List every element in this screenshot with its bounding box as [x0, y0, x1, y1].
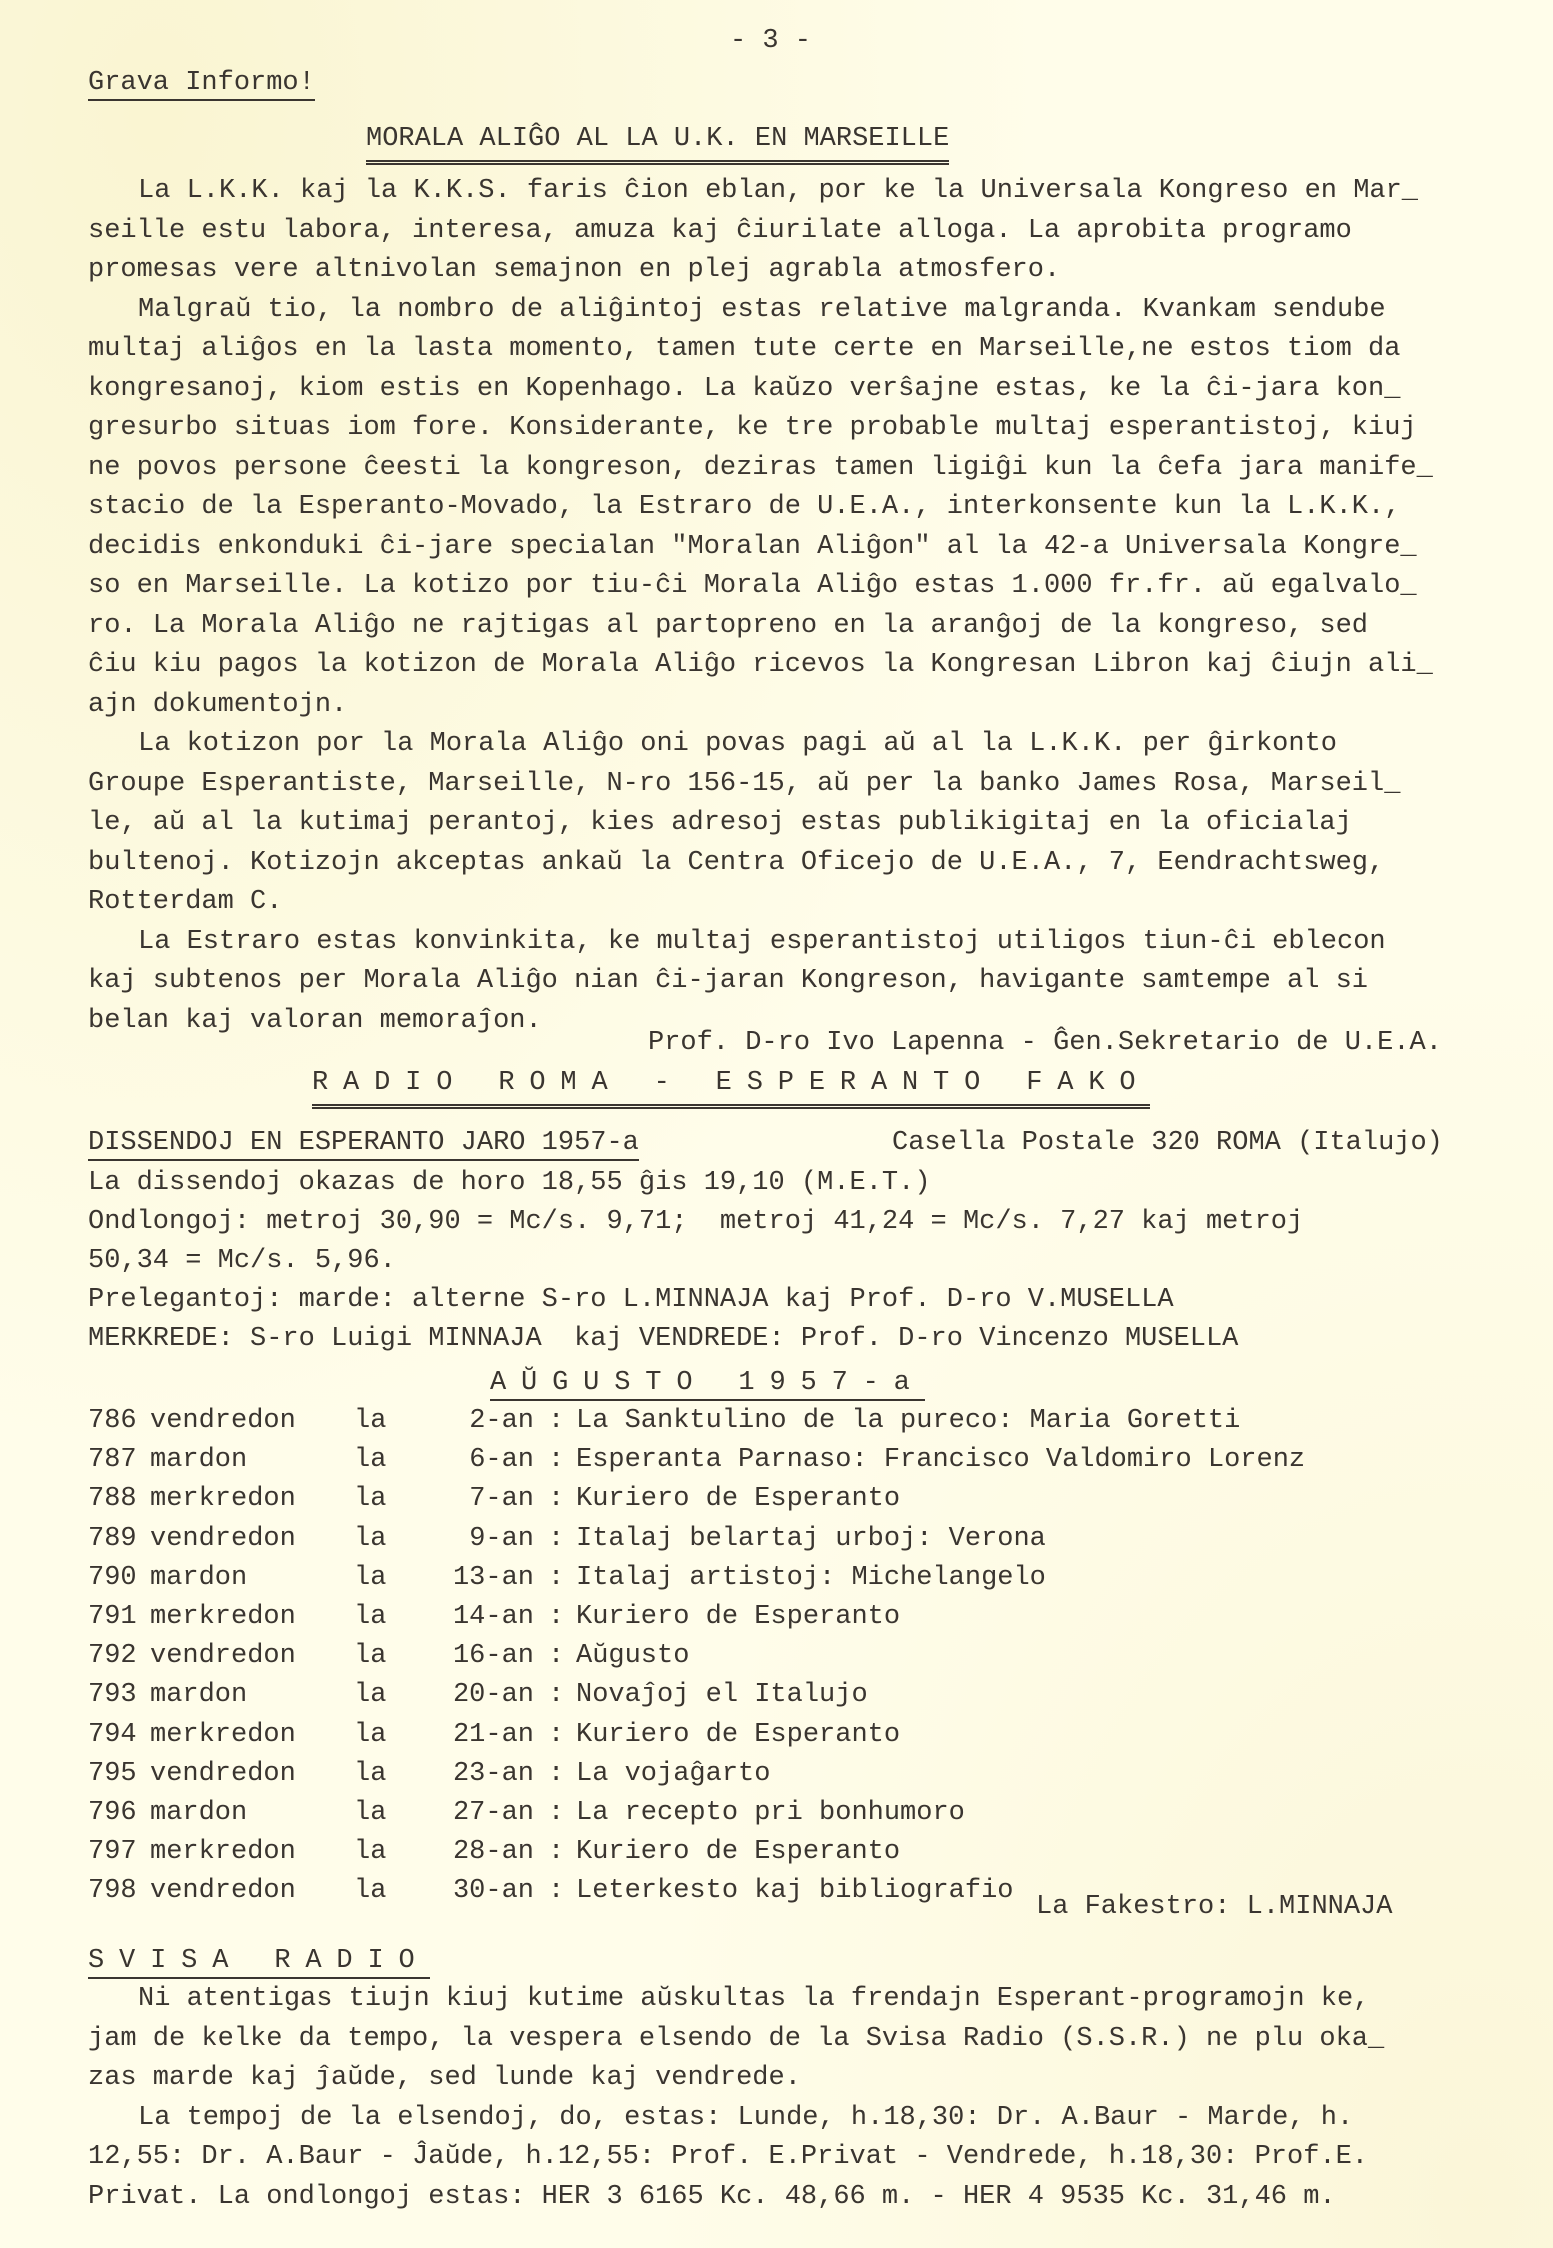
schedule-day: merkredon — [150, 1837, 296, 1867]
text-line: belan kaj valoran memoraĵon. — [88, 1006, 542, 1036]
schedule-day: vendredon — [150, 1641, 296, 1671]
schedule-la: la — [354, 1406, 386, 1436]
text-line: multaj aliĝos en la lasta momento, tamen… — [88, 334, 1400, 364]
schedule-sep: : — [548, 1720, 564, 1750]
text-line: ne povos persone ĉeesti la kongreson, de… — [88, 453, 1433, 483]
text-line: Malgraŭ tio, la nombro de aliĝintoj esta… — [138, 295, 1386, 325]
schedule-sep: : — [548, 1484, 564, 1514]
schedule-num: 790 — [88, 1563, 137, 1593]
schedule-date: 16-an — [424, 1641, 534, 1671]
schedule-la: la — [354, 1445, 386, 1475]
schedule-date: 23-an — [424, 1759, 534, 1789]
schedule-la: la — [354, 1641, 386, 1671]
schedule-signature: La Fakestro: L.MINNAJA — [1036, 1892, 1392, 1922]
schedule-date: 27-an — [424, 1798, 534, 1828]
schedule-la: la — [354, 1759, 386, 1789]
text-line: le, aŭ al la kutimaj perantoj, kies adre… — [88, 808, 1352, 838]
schedule-topic: Kuriero de Esperanto — [576, 1720, 900, 1750]
schedule-day: vendredon — [150, 1406, 296, 1436]
schedule-num: 798 — [88, 1876, 137, 1906]
schedule-topic: Italaj artistoj: Michelangelo — [576, 1563, 1046, 1593]
schedule-day: vendredon — [150, 1524, 296, 1554]
schedule-date: 30-an — [424, 1876, 534, 1906]
schedule-num: 797 — [88, 1837, 137, 1867]
schedule-date: 6-an — [424, 1445, 534, 1475]
schedule-date: 9-an — [424, 1524, 534, 1554]
schedule-la: la — [354, 1798, 386, 1828]
schedule-date: 7-an — [424, 1484, 534, 1514]
text-line: seille estu labora, interesa, amuza kaj … — [88, 216, 1352, 246]
schedule-topic: La recepto pri bonhumoro — [576, 1798, 965, 1828]
schedule-day: merkredon — [150, 1602, 296, 1632]
schedule-sep: : — [548, 1602, 564, 1632]
schedule-topic: Kuriero de Esperanto — [576, 1837, 900, 1867]
schedule-date: 20-an — [424, 1680, 534, 1710]
schedule-day: merkredon — [150, 1720, 296, 1750]
text-line: decidis enkonduki ĉi-jare specialan "Mor… — [88, 532, 1417, 562]
text-line: Groupe Esperantiste, Marseille, N-ro 156… — [88, 769, 1400, 799]
schedule-la: la — [354, 1484, 386, 1514]
schedule-sep: : — [548, 1563, 564, 1593]
schedule-sep: : — [548, 1798, 564, 1828]
info-line: Ondlongoj: metroj 30,90 = Mc/s. 9,71; me… — [88, 1207, 1303, 1237]
text-line: kongresanoj, kiom estis en Kopenhago. La… — [88, 374, 1400, 404]
schedule-sep: : — [548, 1445, 564, 1475]
schedule-la: la — [354, 1524, 386, 1554]
info-line: La dissendoj okazas de horo 18,55 ĝis 19… — [88, 1168, 931, 1198]
schedule-day: mardon — [150, 1563, 247, 1593]
header-note: Grava Informo! — [88, 68, 315, 101]
schedule-topic: La vojaĝarto — [576, 1759, 770, 1789]
info-line: MERKREDE: S-ro Luigi MINNAJA kaj VENDRED… — [88, 1324, 1238, 1354]
schedule-day: mardon — [150, 1798, 247, 1828]
text-line: jam de kelke da tempo, la vespera elsend… — [88, 2024, 1384, 2054]
info-line: Prelegantoj: marde: alterne S-ro L.MINNA… — [88, 1285, 1174, 1315]
text-line: La tempoj de la elsendoj, do, estas: Lun… — [138, 2103, 1353, 2133]
schedule-sep: : — [548, 1680, 564, 1710]
schedule-day: mardon — [150, 1680, 247, 1710]
text-line: La kotizon por la Morala Aliĝo oni povas… — [138, 729, 1337, 759]
schedule-sep: : — [548, 1837, 564, 1867]
schedule-topic: Kuriero de Esperanto — [576, 1484, 900, 1514]
schedule-sep: : — [548, 1641, 564, 1671]
schedule-sep: : — [548, 1876, 564, 1906]
schedule-la: la — [354, 1602, 386, 1632]
schedule-date: 2-an — [424, 1406, 534, 1436]
schedule-num: 792 — [88, 1641, 137, 1671]
article-signature: Prof. D-ro Ivo Lapenna - Ĝen.Sekretario … — [648, 1028, 1442, 1058]
schedule-subheading: DISSENDOJ EN ESPERANTO JARO 1957-a — [88, 1128, 639, 1161]
schedule-topic: Novaĵoj el Italujo — [576, 1680, 868, 1710]
article-title-radio-roma: RADIO ROMA - ESPERANTO FAKO — [312, 1068, 1150, 1109]
schedule-num: 789 — [88, 1524, 137, 1554]
text-line: La L.K.K. kaj la K.K.S. faris ĉion eblan… — [138, 176, 1418, 206]
text-line: 12,55: Dr. A.Baur - Ĵaŭde, h.12,55: Prof… — [88, 2142, 1368, 2172]
text-line: stacio de la Esperanto-Movado, la Estrar… — [88, 492, 1400, 522]
schedule-sep: : — [548, 1406, 564, 1436]
text-line: La Estraro estas konvinkita, ke multaj e… — [138, 927, 1386, 957]
text-line: Ni atentigas tiujn kiuj kutime aŭskultas… — [138, 1984, 1369, 2014]
text-line: ro. La Morala Aliĝo ne rajtigas al parto… — [88, 611, 1368, 641]
text-line: kaj subtenos per Morala Aliĝo nian ĉi-ja… — [88, 966, 1368, 996]
schedule-la: la — [354, 1563, 386, 1593]
schedule-day: vendredon — [150, 1759, 296, 1789]
schedule-day: merkredon — [150, 1484, 296, 1514]
schedule-sep: : — [548, 1759, 564, 1789]
schedule-num: 788 — [88, 1484, 137, 1514]
page-number: - 3 - — [730, 26, 811, 56]
schedule-topic: Esperanta Parnaso: Francisco Valdomiro L… — [576, 1445, 1305, 1475]
text-line: ajn dokumentojn. — [88, 690, 347, 720]
text-line: Privat. La ondlongoj estas: HER 3 6165 K… — [88, 2182, 1336, 2212]
schedule-la: la — [354, 1680, 386, 1710]
text-line: so en Marseille. La kotizo por tiu-ĉi Mo… — [88, 571, 1417, 601]
text-line: promesas vere altnivolan semajnon en ple… — [88, 255, 1060, 285]
article-title-svisa-radio: SVISA RADIO — [88, 1946, 430, 1979]
schedule-num: 786 — [88, 1406, 137, 1436]
document-page: - 3 - Grava Informo! MORALA ALIĜO AL LA … — [0, 0, 1553, 2248]
schedule-la: la — [354, 1876, 386, 1906]
schedule-num: 793 — [88, 1680, 137, 1710]
schedule-date: 13-an — [424, 1563, 534, 1593]
schedule-num: 787 — [88, 1445, 137, 1475]
schedule-topic: Italaj belartaj urboj: Verona — [576, 1524, 1046, 1554]
text-line: ĉiu kiu pagos la kotizon de Morala Aliĝo… — [88, 650, 1433, 680]
text-line: zas marde kaj ĵaŭde, sed lunde kaj vendr… — [88, 2063, 801, 2093]
article-title-morala-aligo: MORALA ALIĜO AL LA U.K. EN MARSEILLE — [366, 124, 949, 165]
schedule-num: 796 — [88, 1798, 137, 1828]
schedule-topic: Leterkesto kaj bibliografio — [576, 1876, 1013, 1906]
schedule-date: 28-an — [424, 1837, 534, 1867]
info-line: 50,34 = Mc/s. 5,96. — [88, 1246, 396, 1276]
text-line: Rotterdam C. — [88, 887, 282, 917]
schedule-topic: Kuriero de Esperanto — [576, 1602, 900, 1632]
schedule-num: 791 — [88, 1602, 137, 1632]
schedule-la: la — [354, 1837, 386, 1867]
text-line: gresurbo situas iom fore. Konsiderante, … — [88, 413, 1417, 443]
schedule-date: 14-an — [424, 1602, 534, 1632]
schedule-day: mardon — [150, 1445, 247, 1475]
schedule-num: 794 — [88, 1720, 137, 1750]
schedule-date: 21-an — [424, 1720, 534, 1750]
schedule-day: vendredon — [150, 1876, 296, 1906]
schedule-topic: La Sanktulino de la pureco: Maria Gorett… — [576, 1406, 1240, 1436]
radio-address: Casella Postale 320 ROMA (Italujo) — [892, 1128, 1443, 1158]
schedule-num: 795 — [88, 1759, 137, 1789]
schedule-topic: Aŭgusto — [576, 1641, 689, 1671]
text-line: bultenoj. Kotizojn akceptas ankaŭ la Cen… — [88, 848, 1384, 878]
month-heading: AŬGUSTO 1957-a — [490, 1368, 925, 1401]
schedule-la: la — [354, 1720, 386, 1750]
schedule-sep: : — [548, 1524, 564, 1554]
